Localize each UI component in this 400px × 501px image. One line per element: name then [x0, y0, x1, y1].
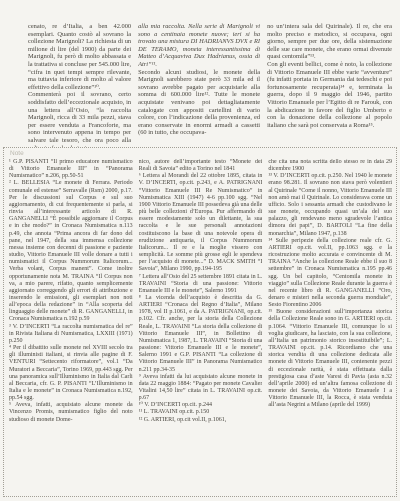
- article-paragraph: no un’intera sala del Quirinale). Il re,…: [267, 23, 392, 61]
- article-paragraph: Con gli eventi bellici, come è noto, la …: [267, 61, 392, 129]
- article-paragraph-quote: alla mia raccolta. Nella serie di Marign…: [138, 23, 260, 69]
- notes-columns: ¹ G.P. PISANTI “Il primo educatore numis…: [9, 159, 392, 494]
- footnote-4: ⁴ Per il dibattito sulle monete nel XVII…: [9, 345, 133, 402]
- scanned-page: cenato, re d’Italia, a ben 42.000 esempl…: [0, 0, 400, 501]
- article-paragraph: Commenterà poi il sovrano, certo soddisf…: [28, 91, 131, 147]
- footnote-12: ¹² G. ARTIERI, op.cit vol.II, p.1061,: [139, 417, 263, 424]
- article-column-1: cenato, re d’Italia, a ben 42.000 esempl…: [28, 23, 131, 147]
- footnote-5: ⁵ Aveva, infatti, acquistato alcune mone…: [9, 402, 133, 423]
- notes-heading: Note: [10, 150, 24, 157]
- article-paragraph: cenato, re d’Italia, a ben 42.000 esempl…: [28, 23, 131, 91]
- notes-column-1: ¹ G.P. PISANTI “Il primo educatore numis…: [9, 159, 133, 494]
- footnote-7: ⁷ Lettera all’Osio del 25 settembre 1891…: [139, 274, 263, 295]
- article-column-3: no un’intera sala del Quirinale). Il re,…: [267, 23, 392, 147]
- footnote-11: ¹¹ L. TRAVAINI op.cit. p.150: [139, 409, 263, 416]
- footnote-9: ⁹ Aveva infatti da lui acquistato alcune…: [139, 374, 263, 403]
- footnote-14: ¹⁴ Sulle peripezie della collezione real…: [268, 238, 392, 310]
- notes-column-2: nico, autore dell’importante testo “Mone…: [139, 159, 263, 494]
- article-body: cenato, re d’Italia, a ben 42.000 esempl…: [28, 23, 392, 147]
- article-column-2: alla mia raccolta. Nella serie di Marign…: [138, 23, 260, 147]
- notes-section: Note ¹ G.P. PISANTI “Il primo educatore …: [3, 147, 397, 497]
- article-paragraph: Secondo alcuni studiosi, le monete della…: [138, 69, 260, 137]
- footnote-12-continued: che cita una nota scritta dello stesso r…: [268, 159, 392, 173]
- footnote-3: ³ V. D’INCERTI “La raccolta numismatica …: [9, 324, 133, 345]
- footnote-6: ⁶ Lettera al Morandi del 22 ottobre 1895…: [139, 173, 263, 273]
- footnote-10: ¹⁰ V. D’INCERTI op.cit. p.244: [139, 402, 263, 409]
- footnote-5-continued: nico, autore dell’importante testo “Mone…: [139, 159, 263, 173]
- footnote-15: ¹⁵ Buone considerazioni sull’importanza …: [268, 309, 392, 409]
- notes-column-3: che cita una nota scritta dello stesso r…: [268, 159, 392, 494]
- footnote-1: ¹ G.P. PISANTI “Il primo educatore numis…: [9, 159, 133, 180]
- footnote-13: ¹³ V. D’INCERTI op.cit. p.250. Nel 1940 …: [268, 173, 392, 237]
- footnote-8: ⁸ La vicenda dell’acquisto è descritta d…: [139, 295, 263, 374]
- footnote-2: ² L. BELLESIA “Le monete di Ferrara. Per…: [9, 180, 133, 323]
